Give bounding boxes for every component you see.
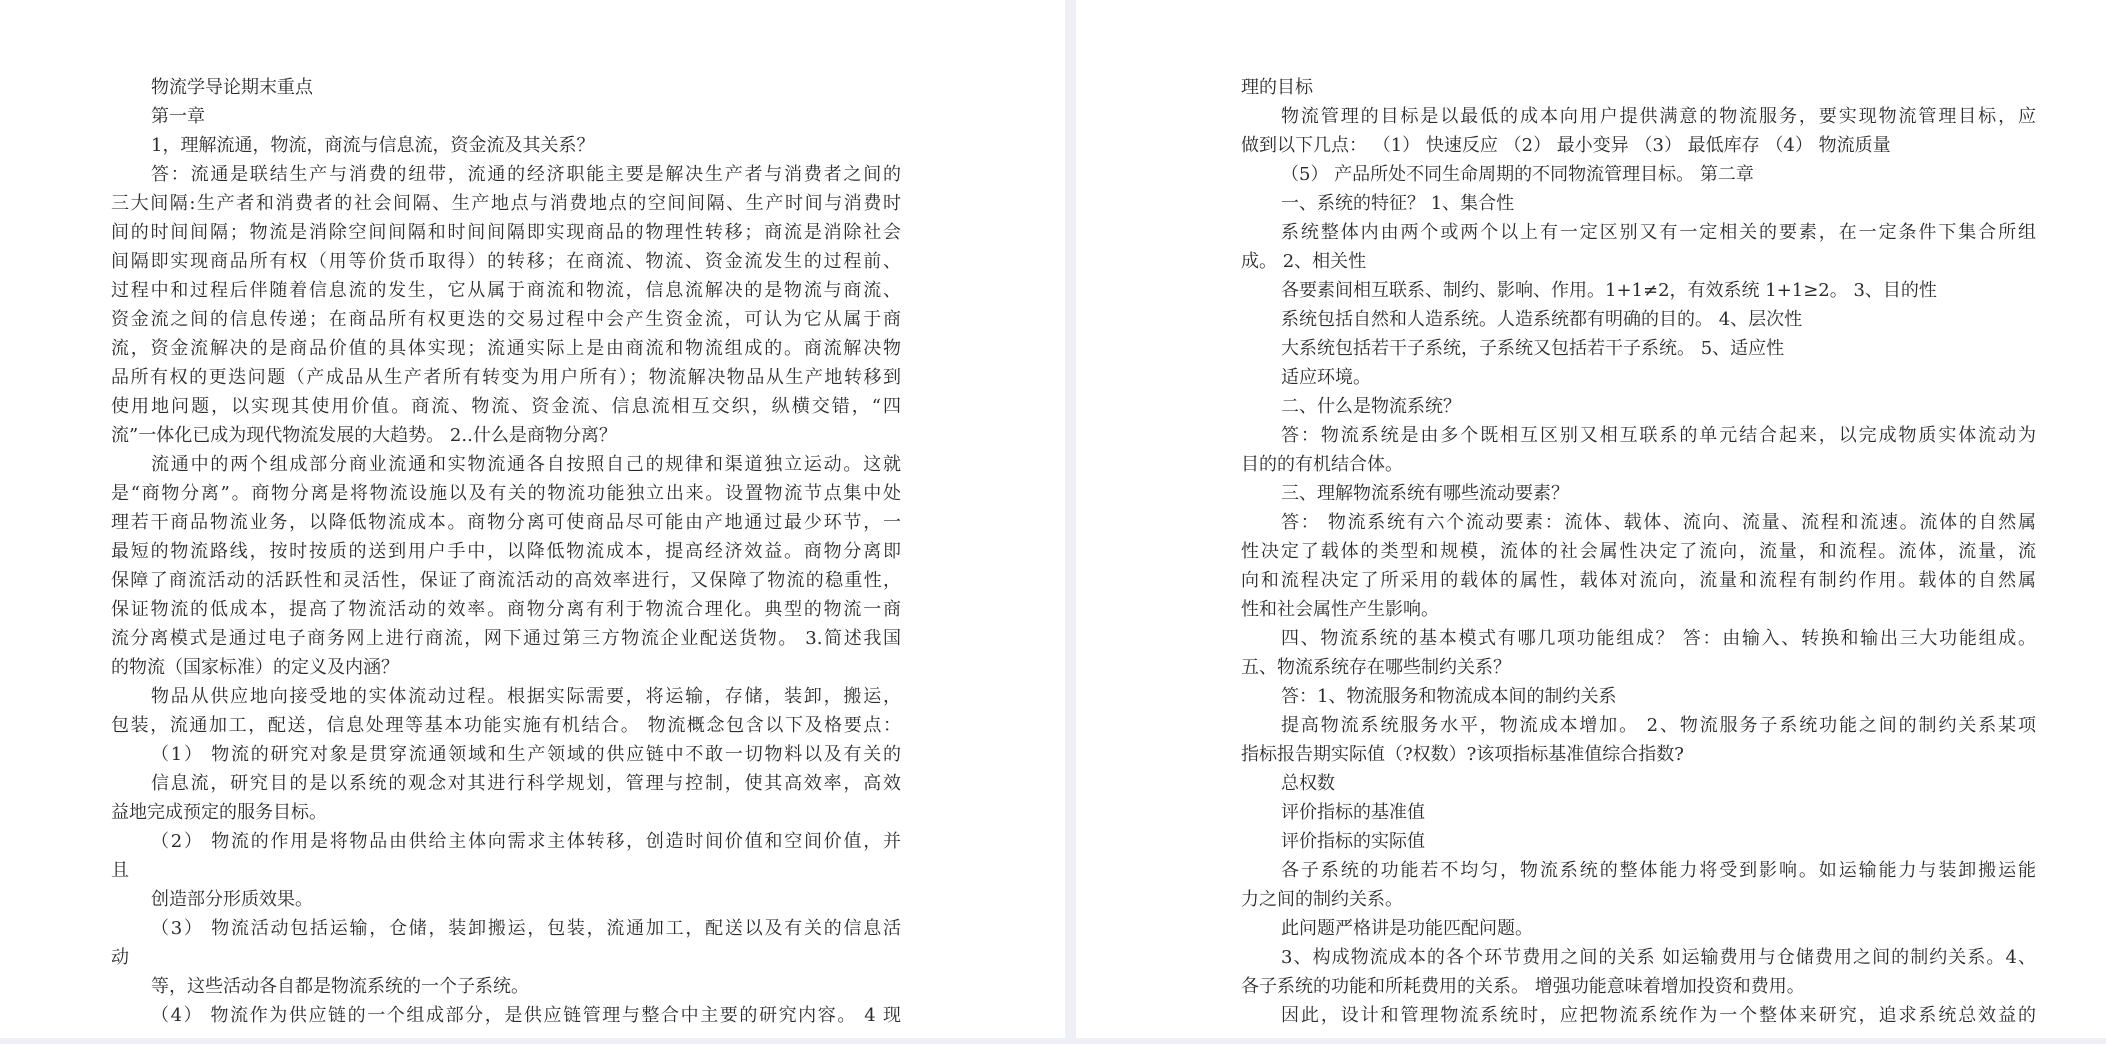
text-line: 答： 物流系统有六个流动要素：流体、载体、流向、流量、流程和流速。流体的自然属 (1241, 508, 2036, 537)
document-viewer[interactable]: 物流学导论期末重点第一章1，理解流通，物流，商流与信息流，资金流及其关系？答：流… (0, 0, 2106, 1044)
text-line: 品所有权的更迭问题（产成品从生产者所有转变为用户所有）；物流解决物品从生产地转移… (111, 363, 901, 392)
text-line: 向和流程决定了所采用的载体的属性，载体对流向，流量和流程有制约作用。载体的自然属 (1241, 566, 2036, 595)
text-line: 目的的有机结合体。 (1241, 450, 2036, 479)
text-line: 理若干商品物流业务，以降低物流成本。商物分离可使商品尽可能由产地通过最少环节，一 (111, 508, 901, 537)
text-line: 答：流通是联结生产与消费的纽带，流通的经济职能主要是解决生产者与消费者之间的 (111, 160, 901, 189)
text-line: 过程中和过程后伴随着信息流的发生，它从属于商流和物流，信息流解决的是物流与商流、 (111, 276, 901, 305)
document-page-left: 物流学导论期末重点第一章1，理解流通，物流，商流与信息流，资金流及其关系？答：流… (0, 0, 1065, 1038)
text-line: 性和社会属性产生影响。 (1241, 595, 2036, 624)
text-line: 包装，流通加工，配送，信息处理等基本功能实施有机结合。 物流概念包含以下及格要点… (111, 711, 901, 740)
text-line: 物流管理的目标是以最低的成本向用户提供满意的物流服务，要实现物流管理目标，应 (1241, 102, 2036, 131)
text-line: 流通中的两个组成部分商业流通和实物流通各自按照自己的规律和渠道独立运动。这就 (111, 450, 901, 479)
text-line: 资金流之间的信息传递；在商品所有权更迭的交易过程中会产生资金流，可认为它从属于商 (111, 305, 901, 334)
text-line: 性决定了载体的类型和规模，流体的社会属性决定了流向，流量，和流程。流体，流量，流 (1241, 537, 2036, 566)
text-line: 大系统包括若干子系统，子系统又包括若干子系统。 5、适应性 (1241, 334, 2036, 363)
text-line: 3、构成物流成本的各个环节费用之间的关系 如运输费用与仓储费用之间的制约关系。4… (1241, 943, 2036, 972)
text-line: 等，这些活动各自都是物流系统的一个子系统。 (111, 972, 901, 1001)
text-line: （3） 物流活动包括运输，仓储，装卸搬运，包装，流通加工，配送以及有关的信息活 (111, 914, 901, 943)
text-line: 力之间的制约关系。 (1241, 885, 2036, 914)
text-line: 流分离模式是通过电子商务网上进行商流，网下通过第三方物流企业配送货物。 3.简述… (111, 624, 901, 653)
text-line: 物流学导论期末重点 (111, 73, 901, 102)
text-line: 间隔即实现商品所有权（用等价货币取得）的转移；在商流、物流、资金流发生的过程前、 (111, 247, 901, 276)
text-line: 各子系统的功能和所耗费用的关系。 增强功能意味着增加投资和费用。 (1241, 972, 2036, 1001)
text-line: 因此，设计和管理物流系统时，应把物流系统作为一个整体来研究，追求系统总效益的 (1241, 1001, 2036, 1030)
viewer-bottom-edge (0, 1038, 2106, 1044)
text-line: 答：物流系统是由多个既相互区别又相互联系的单元结合起来，以完成物质实体流动为 (1241, 421, 2036, 450)
text-line: 系统整体内由两个或两个以上有一定区别又有一定相关的要素，在一定条件下集合所组 (1241, 218, 2036, 247)
text-line: 第一章 (111, 102, 901, 131)
text-line: 且 (111, 856, 901, 885)
text-line: （5） 产品所处不同生命周期的不同物流管理目标。 第二章 (1241, 160, 2036, 189)
text-line: 各子系统的功能若不均匀，物流系统的整体能力将受到影响。如运输能力与装卸搬运能 (1241, 856, 2036, 885)
text-line: （2） 物流的作用是将物品由供给主体向需求主体转移，创造时间价值和空间价值，并 (111, 827, 901, 856)
text-line: 适应环境。 (1241, 363, 2036, 392)
text-line: （4） 物流作为供应链的一个组成部分，是供应链管理与整合中主要的研究内容。 4 … (111, 1001, 901, 1030)
text-line: 四、物流系统的基本模式有哪几项功能组成？ 答：由输入、转换和输出三大功能组成。 (1241, 624, 2036, 653)
text-line: 最短的物流路线，按时按质的送到用户手中，以降低物流成本，提高经济效益。商物分离即 (111, 537, 901, 566)
text-line: 保证物流的低成本，提高了物流活动的效率。商物分离有利于物流合理化。典型的物流一商 (111, 595, 901, 624)
page-text: 理的目标物流管理的目标是以最低的成本向用户提供满意的物流服务，要实现物流管理目标… (1241, 73, 2036, 1030)
text-line: 物品从供应地向接受地的实体流动过程。根据实际需要，将运输，存储，装卸，搬运， (111, 682, 901, 711)
text-line: 流”一体化已成为现代物流发展的大趋势。 2..什么是商物分离？ (111, 421, 901, 450)
text-line: 总权数 (1241, 769, 2036, 798)
text-line: 流，资金流解决的是商品价值的具体实现；流通实际上是由商流和物流组成的。商流解决物 (111, 334, 901, 363)
text-line: 五、物流系统存在哪些制约关系？ (1241, 653, 2036, 682)
text-line: 是“商物分离”。商物分离是将物流设施以及有关的物流功能独立出来。设置物流节点集中… (111, 479, 901, 508)
text-line: 二、什么是物流系统？ (1241, 392, 2036, 421)
text-line: 评价指标的实际值 (1241, 827, 2036, 856)
text-line: 成。 2、相关性 (1241, 247, 2036, 276)
text-line: 理的目标 (1241, 73, 2036, 102)
text-line: 三、理解物流系统有哪些流动要素？ (1241, 479, 2036, 508)
text-line: 保障了商流活动的活跃性和灵活性，保证了商流活动的高效率进行，又保障了物流的稳重性… (111, 566, 901, 595)
text-line: 使用地问题，以实现其使用价值。商流、物流、资金流、信息流相互交织，纵横交错，“四 (111, 392, 901, 421)
text-line: 此问题严格讲是功能匹配问题。 (1241, 914, 2036, 943)
text-line: 答：1、物流服务和物流成本间的制约关系 (1241, 682, 2036, 711)
text-line: 1，理解流通，物流，商流与信息流，资金流及其关系？ (111, 131, 901, 160)
text-line: 三大间隔:生产者和消费者的社会间隔、生产地点与消费地点的空间间隔、生产时间与消费… (111, 189, 901, 218)
text-line: 指标报告期实际值（?权数）?该项指标基准值综合指数? (1241, 740, 2036, 769)
text-line: 间的时间间隔；物流是消除空间间隔和时间间隔即实现商品的物理性转移；商流是消除社会 (111, 218, 901, 247)
text-line: 的物流（国家标准）的定义及内涵？ (111, 653, 901, 682)
text-line: 信息流，研究目的是以系统的观念对其进行科学规划，管理与控制，使其高效率，高效 (111, 769, 901, 798)
text-line: 动 (111, 943, 901, 972)
page-text: 物流学导论期末重点第一章1，理解流通，物流，商流与信息流，资金流及其关系？答：流… (111, 73, 901, 1030)
text-line: 做到以下几点： （1） 快速反应 （2） 最小变异 （3） 最低库存 （4） 物… (1241, 131, 2036, 160)
text-line: 益地完成预定的服务目标。 (111, 798, 901, 827)
text-line: 提高物流系统服务水平，物流成本增加。 2、物流服务子系统功能之间的制约关系某项 (1241, 711, 2036, 740)
text-line: 评价指标的基准值 (1241, 798, 2036, 827)
text-line: 创造部分形质效果。 (111, 885, 901, 914)
text-line: （1） 物流的研究对象是贯穿流通领域和生产领域的供应链中不敢一切物料以及有关的 (111, 740, 901, 769)
text-line: 系统包括自然和人造系统。人造系统都有明确的目的。 4、层次性 (1241, 305, 2036, 334)
text-line: 一、系统的特征？ 1、集合性 (1241, 189, 2036, 218)
text-line: 各要素间相互联系、制约、影响、作用。1+1≠2，有效系统 1+1≥2。 3、目的… (1241, 276, 2036, 305)
document-page-right: 理的目标物流管理的目标是以最低的成本向用户提供满意的物流服务，要实现物流管理目标… (1076, 0, 2106, 1038)
